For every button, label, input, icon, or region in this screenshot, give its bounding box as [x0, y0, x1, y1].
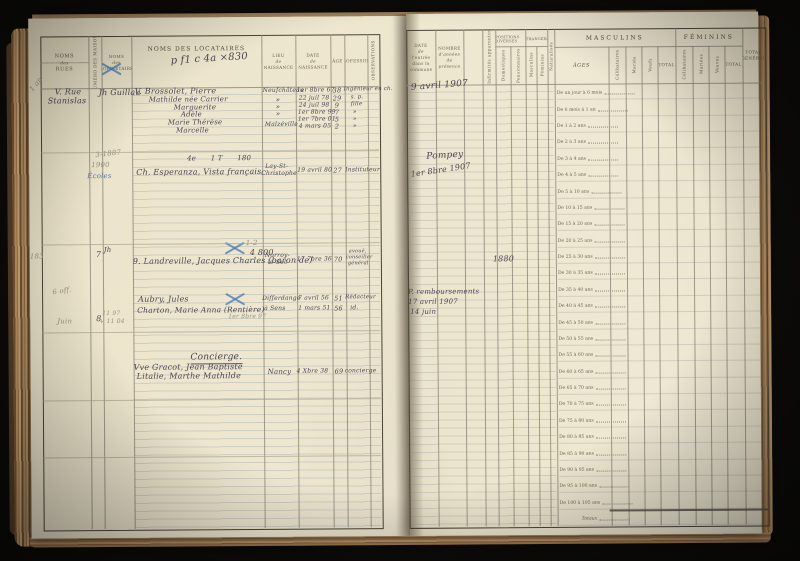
birthplace: le-Sec [268, 260, 288, 266]
header-observations: OBSERVATIONS [367, 34, 378, 86]
dotted-leader [595, 307, 625, 308]
age-row-label: De 20 à 25 ans [558, 238, 593, 246]
dotted-leader [595, 274, 625, 275]
totals-row: Totaux [560, 508, 766, 526]
dotted-leader [596, 421, 626, 422]
profession: général [348, 261, 369, 266]
dotted-leader [588, 143, 618, 144]
age-value: 51 [334, 295, 343, 302]
header-line: PROFESSION [344, 58, 367, 63]
house-number: 7 [96, 251, 101, 259]
header-total-general: TOTAL GÉNÉRAL [742, 27, 764, 82]
age-row: De 95 à 100 ans [559, 475, 765, 493]
header-vertical-label: Féminins [539, 54, 544, 77]
age-row-label: De 35 à 40 ans [558, 287, 593, 295]
age-value: 70 [334, 256, 343, 263]
age-row-label: De 75 à 80 ans [559, 418, 594, 426]
dotted-leader [595, 372, 625, 373]
header-line: l'entrée [412, 55, 431, 60]
dotted-leader [595, 339, 625, 340]
header-line: dans la [412, 61, 429, 66]
header-line: présence [439, 64, 461, 69]
header-vertical-label: OBSERVATIONS [370, 40, 375, 80]
header-line: GÉNÉRAL [742, 55, 764, 60]
header-numero-des-maisons: NUMÉRO DES MAISONS [88, 36, 101, 88]
age-row-label: De 100 à 105 ans [560, 500, 601, 508]
dotted-leader [591, 192, 621, 193]
age-row: De 75 à 80 ans [559, 410, 765, 428]
header-age: ÂGE [330, 34, 344, 86]
header-line: LIEU [272, 52, 284, 57]
totals-label: Totaux [582, 517, 598, 525]
profession: s. p. [351, 95, 364, 101]
age-row-label: De 60 à 65 ans [559, 369, 594, 377]
header-line: NAISSANCE [264, 64, 294, 69]
age-row: De un jour à 6 mois [557, 82, 763, 100]
age-row: De 2 à 3 ans [557, 132, 763, 150]
birthplace: Christophe [261, 171, 297, 177]
age-row: De 5 à 10 ans [557, 181, 763, 199]
entry-date: 1880 [493, 255, 514, 263]
header-vertical-label: Domestiques [500, 49, 505, 81]
header-positions-diverses: POSITIONS DIVERSES [495, 31, 525, 46]
header-line: NOMBRE [438, 46, 461, 51]
dotted-leader [594, 241, 624, 242]
header-vertical-label: Infirmités apparentes [486, 30, 491, 84]
birthdate: 1 mars 51 [298, 305, 330, 311]
age-row: De 70 à 75 ans [559, 393, 765, 411]
age-row: De 90 à 95 ans [559, 459, 765, 477]
margin-pencil-note: 1900 [91, 162, 110, 169]
header-line: de [310, 58, 316, 63]
age-value: 2 [335, 123, 339, 130]
entry-date: 14 juin [410, 309, 436, 316]
age-row: De 4 à 5 ans [557, 164, 763, 182]
dotted-leader [595, 257, 625, 258]
age-value: 27 [333, 167, 342, 174]
tenant-name: Marcelle [176, 127, 209, 134]
age-row: De 3 à 4 ans [557, 148, 763, 166]
age-row-label: De un jour à 6 mois [557, 91, 603, 99]
header-line: commune [410, 67, 433, 72]
age-row-label: De 50 à 55 ans [558, 337, 593, 345]
age-row-label: De 65 à 70 ans [559, 386, 594, 394]
header-feminins-veuves: Veuves [708, 46, 724, 83]
header-feminins-total: TOTAL [724, 46, 742, 83]
age-row-label: De 5 à 10 ans [557, 189, 589, 197]
ditto-mark: » [276, 111, 281, 118]
age-row-label: De 70 à 75 ans [559, 402, 594, 410]
age-row-label: De 10 à 15 ans [557, 206, 592, 214]
age-row-label: De 30 à 35 ans [558, 271, 593, 279]
entry-date: 17 avril 1907 [408, 299, 458, 306]
header-pensionnaires: Pensionnaires [510, 46, 525, 84]
dotted-leader [596, 470, 626, 471]
profession: concierge [345, 368, 377, 374]
header-line: MASCULINS [586, 34, 644, 41]
tenant-name: Ch. Esperanza, Vista français [136, 168, 261, 177]
header-date-de-naissance: DATE de NAISSANCE [295, 34, 330, 86]
age-row: De 55 à 60 ans [558, 344, 764, 362]
birthplace: Malzéville [265, 122, 298, 128]
age-row-label: De 55 à 60 ans [559, 353, 594, 361]
age-row-label: De 2 à 3 ans [557, 140, 586, 148]
register-book: NOMS des RUES NUMÉRO DES MAISONS NOMS de… [0, 0, 800, 561]
dotted-leader [595, 388, 625, 389]
profession: id. [350, 305, 358, 311]
dotted-leader [595, 290, 625, 291]
birthplace: à Sens [264, 306, 285, 312]
margin-pencil-note: 11 97 [102, 311, 120, 317]
dotted-leader [596, 438, 626, 439]
profession: Instituteur [345, 167, 380, 173]
header-feminins-mariees: Mariées [692, 46, 708, 83]
age-row: De 100 à 105 ans [559, 492, 765, 510]
header-etrangers-feminins: Féminins [536, 46, 547, 84]
dotted-leader [588, 127, 618, 128]
age-row: De 15 à 20 ans [558, 213, 764, 231]
blue-cross-mark [102, 62, 120, 77]
header-line: RUES [56, 66, 74, 72]
birthdate: 1er 8bre 67 [297, 87, 335, 93]
header-line: DATE [414, 43, 427, 48]
age-row: De 10 à 15 ans [557, 197, 763, 215]
profession: Rédacteur [345, 295, 376, 301]
dotted-leader [595, 356, 625, 357]
header-feminins: FÉMININS [675, 28, 742, 46]
age-row: De 6 mois à 1 an [557, 99, 763, 117]
header-masculins-total: TOTAL [657, 46, 675, 83]
age-row-label: De 85 à 90 ans [559, 451, 594, 459]
age-row-label: De 4 à 5 ans [557, 173, 586, 181]
birthdate: 7 avril 56 [298, 295, 329, 301]
owner-name: Jh [104, 247, 112, 254]
header-infirmites: Infirmités apparentes [482, 29, 495, 84]
age-row-label: De 25 à 30 ans [558, 255, 593, 263]
age-row-label: De 40 à 45 ans [558, 304, 593, 312]
age-row: De 25 à 30 ans [558, 246, 764, 264]
age-value: 38 [333, 87, 342, 94]
dotted-leader [599, 487, 629, 488]
margin-pencil-note: Juin [57, 318, 72, 325]
street-name: Stanislas [48, 97, 87, 105]
rent-annotation: 4e 1 T 180 [187, 155, 251, 162]
age-value: 69 [335, 368, 344, 375]
dotted-leader [598, 110, 628, 111]
dotted-leader [594, 208, 624, 209]
age-row-label: De 6 mois à 1 an [557, 107, 596, 115]
profession: Ingénieur en ch. [344, 87, 393, 93]
dotted-leader [595, 323, 625, 324]
birthdate: 4 mars 05 [299, 123, 331, 129]
header-line: POSITIONS DIVERSES [495, 35, 525, 43]
header-vertical-label: Naturalisés [548, 42, 553, 71]
header-etrangers-masculins: Masculins [525, 46, 536, 84]
age-row: De 20 à 25 ans [558, 230, 764, 248]
dotted-leader [588, 159, 618, 160]
age-row-label: De 80 à 85 ans [559, 435, 594, 443]
dotted-leader [596, 405, 626, 406]
header-vertical-label: NUMÉRO DES MAISONS [92, 36, 97, 88]
header-vertical-label: Célibataires [614, 50, 619, 81]
age-row: De 50 à 55 ans [558, 328, 764, 346]
birthdate: 4 Xbre 38 [297, 369, 329, 375]
birthplace: Nancy [268, 369, 292, 376]
dotted-leader [594, 225, 624, 226]
margin-pencil-note: + 11 04 [99, 319, 125, 325]
header-line: NOMS [55, 53, 74, 59]
header-line: FÉMININS [684, 33, 734, 40]
header-masculins-celibataires: Célibataires [608, 46, 625, 83]
handwriting-layer: p f1 c 4a ×8301 anV. RueStanislasJh Guil… [0, 0, 798, 3]
street-name: V. Rue [55, 88, 82, 96]
header-vertical-label: Veufs [647, 58, 652, 72]
age-row-label: De 3 à 4 ans [557, 157, 586, 165]
age-row: De 30 à 35 ans [558, 263, 764, 281]
age-row: De 45 à 50 ans [558, 312, 764, 330]
birthplace: Differdange [262, 296, 301, 302]
header-line: ÉTRANGERS [525, 36, 547, 40]
header-line: de [418, 49, 424, 54]
margin-blue-note: Écoles [87, 173, 111, 180]
age-row: De 85 à 90 ans [559, 443, 765, 461]
profession: fille [351, 102, 363, 108]
table-gridlines [0, 0, 798, 3]
age-row-label: De 15 à 20 ans [558, 222, 593, 230]
entry-note: P. remboursements [408, 288, 479, 295]
header-masculins: MASCULINS [554, 28, 675, 47]
age-row: De 35 à 40 ans [558, 279, 764, 297]
age-row: De 80 à 85 ans [559, 426, 765, 444]
header-nombre-annees-presence: NOMBRE d'années de présence [435, 30, 463, 85]
dotted-leader [596, 454, 626, 455]
header-feminins-celibataires: Célibataires [675, 46, 692, 83]
header-etrangers: ÉTRANGERS [525, 31, 547, 46]
header-line: de [447, 58, 453, 63]
age-row: De 60 à 65 ans [559, 361, 765, 379]
header-line: ÂGE [332, 58, 342, 63]
header-line: NOMS [109, 53, 125, 58]
birthdate: 19 avril 80 [297, 167, 332, 173]
dotted-leader [588, 176, 618, 177]
header-vertical-label: Veuves [714, 56, 719, 73]
header-vertical-label: Mariés [631, 56, 636, 73]
header-date-entree-commune: DATE de l'entrée dans la commune [406, 30, 435, 85]
header-vertical-label: Pensionnaires [515, 48, 520, 83]
age-row-label: De 95 à 100 ans [559, 484, 597, 492]
header-ages: ÂGES [554, 47, 608, 84]
header-vertical-label: Masculins [528, 53, 533, 78]
dotted-leader [604, 94, 634, 95]
age-row: De 1 à 2 ans [557, 115, 763, 133]
dotted-leader [599, 519, 629, 520]
age-value: 56 [334, 305, 343, 312]
header-domestiques: Domestiques [495, 46, 510, 84]
margin-pencil-note: 1er 8bre 97 [228, 314, 266, 320]
header-vertical-label: Mariées [698, 54, 703, 74]
dotted-leader [602, 503, 632, 504]
header-line: TOTAL [658, 62, 674, 67]
age-row-label: De 90 à 95 ans [559, 468, 594, 476]
tenant-name: Litalie, Marthe Mathilde [137, 372, 241, 381]
header-line: d'années [439, 52, 460, 57]
age-row-label: De 45 à 50 ans [558, 320, 593, 328]
header-line: ÂGES [573, 62, 590, 68]
birthdate: 17 7bre 36 [297, 256, 332, 262]
header-vertical-label: Célibataires [681, 49, 686, 80]
age-row: De 65 à 70 ans [559, 377, 765, 395]
header-line: TOTAL [745, 49, 761, 54]
header-line: TOTAL [725, 62, 741, 67]
header-masculins-veufs: Veufs [641, 46, 657, 83]
age-bracket-rows: De un jour à 6 moisDe 6 mois à 1 anDe 1 … [0, 0, 798, 3]
photographed-register-scan: NOMS des RUES NUMÉRO DES MAISONS NOMS de… [0, 0, 800, 561]
header-line: NAISSANCE [298, 64, 328, 69]
header-profession: PROFESSION [344, 34, 367, 86]
header-line: DATE [306, 52, 319, 57]
age-row-label: De 1 à 2 ans [557, 124, 586, 132]
header-lieu-de-naissance: LIEU de NAISSANCE [261, 35, 295, 87]
tenant-name: Aubry, Jules [138, 295, 189, 303]
header-line: de [276, 58, 282, 63]
age-row: De 40 à 45 ans [558, 295, 764, 313]
margin-pencil-note: 183 [30, 253, 44, 260]
ditto-mark: » [353, 123, 357, 129]
header-masculins-maries: Mariés [625, 46, 641, 83]
